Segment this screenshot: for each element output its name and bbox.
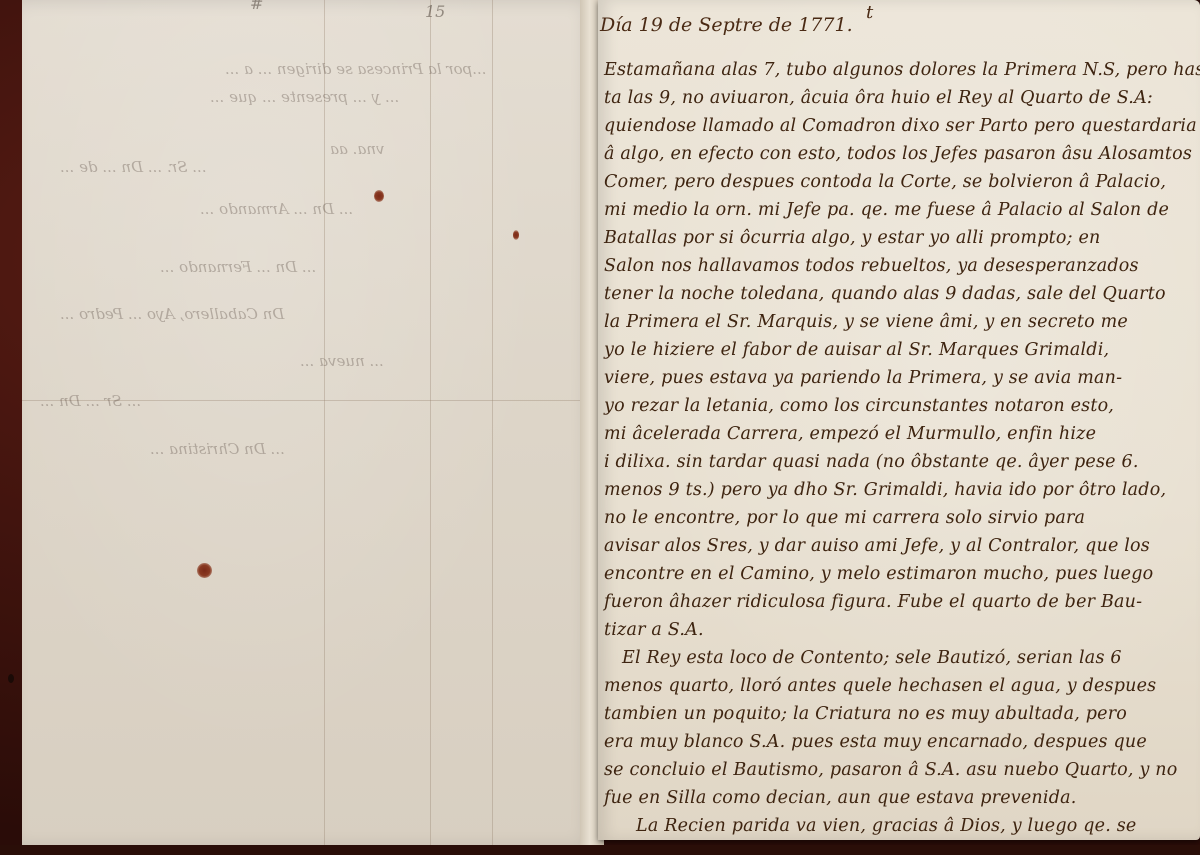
manuscript-line: quiendose llamado al Comadron dixo ser P… — [604, 116, 1197, 136]
manuscript-line: menos quarto, lloró antes quele hechasen… — [604, 676, 1156, 696]
manuscript-line: encontre en el Camino, y melo estimaron … — [604, 564, 1153, 584]
manuscript-line: tener la noche toledana, quando alas 9 d… — [604, 284, 1166, 304]
bleed-through-line: ... Sr ... Dn ... — [40, 392, 141, 410]
manuscript-line: Salon nos hallavamos todos rebueltos, ya… — [604, 256, 1139, 276]
bleed-through-line: ... Dn ... Fernando ... — [160, 258, 316, 276]
manuscript-line: viere, pues estava ya pariendo la Primer… — [604, 368, 1122, 388]
manuscript-line: mi medio la orn. mi Jefe pa. qe. me fues… — [604, 200, 1169, 220]
paper-fold — [430, 0, 431, 848]
table-edge — [0, 845, 1200, 855]
left-page — [22, 0, 597, 848]
manuscript-line: mi âcelerada Carrera, empezó el Murmullo… — [604, 424, 1096, 444]
page-mark: t — [866, 2, 873, 23]
ink-stain — [8, 674, 14, 683]
manuscript-line: no le encontre, por lo que mi carrera so… — [604, 508, 1085, 528]
manuscript-line: El Rey esta loco de Contento; sele Bauti… — [622, 648, 1122, 668]
bleed-through-line: Dn Caballero, Ayo ... Pedro ... — [60, 305, 284, 323]
manuscript-line: Batallas por si ôcurria algo, y estar yo… — [604, 228, 1100, 248]
manuscript-line: menos 9 ts.) pero ya dho Sr. Grimaldi, h… — [604, 480, 1166, 500]
page-number: 15 — [425, 2, 445, 21]
manuscript-line: i dilixa. sin tardar quasi nada (no ôbst… — [604, 452, 1139, 472]
bleed-through-line: vna. aa — [330, 140, 385, 158]
page-mark: # — [250, 0, 263, 13]
manuscript-line: ta las 9, no aviuaron, âcuia ôra huio el… — [604, 88, 1153, 108]
ink-stain — [513, 230, 519, 240]
bleed-through-line: ...por la Princesa se dirigen ... a ... — [225, 60, 487, 78]
manuscript-line: se concluio el Bautismo, pasaron â S.A. … — [604, 760, 1178, 780]
manuscript-line: Estamañana alas 7, tubo algunos dolores … — [604, 60, 1200, 80]
manuscript-line: avisar alos Sres, y dar auiso ami Jefe, … — [604, 536, 1150, 556]
manuscript-line: fueron âhazer ridiculosa figura. Fube el… — [604, 592, 1142, 612]
entry-date-heading: Día 19 de Septre de 1771. — [600, 14, 853, 36]
paper-fold — [324, 0, 325, 848]
bleed-through-line: ... Sr. ... Dn ... de ... — [60, 158, 207, 176]
manuscript-line: yo le hiziere el fabor de auisar al Sr. … — [604, 340, 1109, 360]
manuscript-line: la Primera el Sr. Marquis, y se viene âm… — [604, 312, 1128, 332]
manuscript-line: â algo, en efecto con esto, todos los Je… — [604, 144, 1192, 164]
manuscript-line: tambien un poquito; la Criatura no es mu… — [604, 704, 1127, 724]
manuscript-line: Comer, pero despues contoda la Corte, se… — [604, 172, 1166, 192]
ink-stain — [374, 190, 384, 202]
paper-fold — [492, 0, 493, 848]
bleed-through-line: ... Dn ... Armando ... — [200, 200, 353, 218]
ink-stain — [197, 563, 212, 578]
manuscript-line: La Recien parida va vien, gracias â Dios… — [636, 816, 1137, 836]
bleed-through-line: ... y ... presente ... que ... — [210, 88, 399, 106]
manuscript-line: tizar a S.A. — [604, 620, 704, 640]
manuscript-line: era muy blanco S.A. pues esta muy encarn… — [604, 732, 1147, 752]
manuscript-line: yo rezar la letania, como los circunstan… — [604, 396, 1114, 416]
manuscript-line: fue en Silla como decian, aun que estava… — [604, 788, 1077, 808]
bleed-through-line: ... nueva ... — [300, 352, 384, 370]
bleed-through-line: ... Dn Christina ... — [150, 440, 285, 458]
